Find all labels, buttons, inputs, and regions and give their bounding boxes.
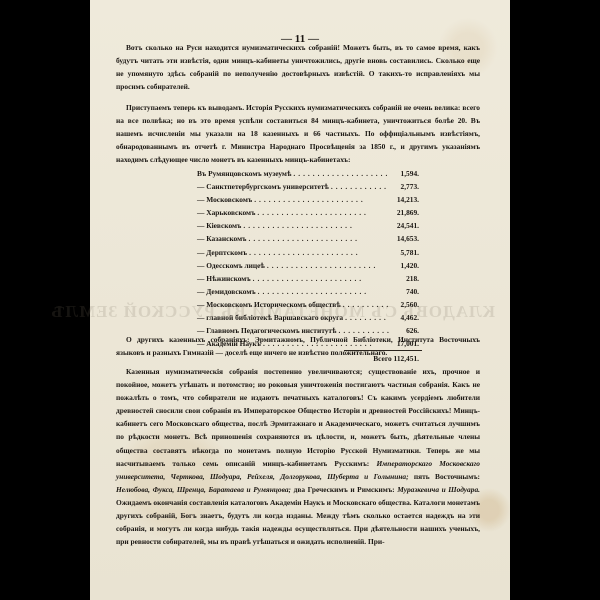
institution-name: — Санктпетербургскомъ университетѣ [197,180,329,193]
institution-name: — Московскомъ [197,193,252,206]
leader-dots: ....................... [241,219,389,232]
paragraph-collections-summary: Вотъ сколько на Руси находится нумизмати… [116,41,480,93]
coin-count: 14,213. [389,193,419,206]
table-row: — Кіевскомъ.......................24,541… [197,219,419,232]
coin-count: 14,653. [389,232,419,245]
text-run: Ожидаемъ окончанія составленія каталогов… [116,498,480,546]
coin-count: 218. [389,272,419,285]
table-row: Въ Румянцовскомъ музеумѣ................… [197,167,419,180]
paragraph-text: Приступаемъ теперь къ выводамъ. Исторія … [116,101,480,166]
table-row: — Санктпетербургскомъ университетѣ......… [197,180,419,193]
paragraph-text: О другихъ казенныхъ собраніяхъ: Эрмитажн… [116,333,480,359]
institution-name: — Харьковскомъ [197,206,255,219]
coin-count-table: Въ Румянцовскомъ музеумѣ................… [197,167,419,350]
table-row: — Московскомъ.......................14,2… [197,193,419,206]
coin-count: 5,781. [389,246,419,259]
coin-count: 2,560. [389,298,419,311]
table-row: — Казанскомъ.......................14,65… [197,232,419,245]
paragraph-text: Вотъ сколько на Руси находится нумизмати… [116,41,480,93]
leader-dots: ....................... [246,232,389,245]
paragraph-catalogues: Казенныя нумизматическія собранія постеп… [116,365,480,548]
paragraph-other-collections: О другихъ казенныхъ собраніяхъ: Эрмитажн… [116,333,480,359]
table-row: — Дерптскомъ.......................5,781… [197,246,419,259]
paragraph-text: Казенныя нумизматическія собранія постеп… [116,365,480,548]
leader-dots: ....................... [251,272,389,285]
text-run: Казенныя нумизматическія собранія постеп… [116,367,480,468]
institution-name: Въ Румянцовскомъ музеумѣ [197,167,291,180]
table-row: — главной библіотекѣ Варшавскаго округа.… [197,311,419,324]
leader-dots: ....................... [329,180,389,193]
institution-name: — Одесскомъ лицеѣ [197,259,265,272]
table-row: — Нѣжинскомъ.......................218. [197,272,419,285]
italic-run: Муразкевича и Шодуара. [397,485,480,494]
coin-count: 740. [389,285,419,298]
leader-dots: ....................... [252,193,389,206]
leader-dots: ....................... [247,246,389,259]
table-row: — Московскомъ Историческомъ обществѣ....… [197,298,419,311]
coin-count: 21,869. [389,206,419,219]
leader-dots: ....................... [291,167,389,180]
text-run: два Греческимъ и Римскимъ: [291,485,397,494]
institution-name: — Кіевскомъ [197,219,241,232]
leader-dots: ....................... [341,298,389,311]
table-row: — Харьковскомъ.......................21,… [197,206,419,219]
coin-count: 1,594. [389,167,419,180]
institution-name: — Дерптскомъ [197,246,247,259]
leader-dots: ....................... [343,311,389,324]
coin-count: 2,773. [389,180,419,193]
coin-count: 4,462. [389,311,419,324]
paragraph-conclusions: Приступаемъ теперь къ выводамъ. Исторія … [116,101,480,166]
document-page: КЛАДОВЪ СЪ МОНЕТАМИ ВЪ РУССКОЙ ЗЕМЛѢ — 1… [90,0,510,600]
institution-name: — Казанскомъ [197,232,246,245]
table-row: — Одесскомъ лицеѣ.......................… [197,259,419,272]
institution-name: — Нѣжинскомъ [197,272,251,285]
text-run: пять Восточнымъ: [409,472,480,481]
italic-run: Нелюбова, Фукса, Шренца, Баратаева и Рум… [116,485,291,494]
leader-dots: ....................... [265,259,389,272]
institution-name: — Демидовскомъ [197,285,256,298]
leader-dots: ....................... [255,206,389,219]
coin-count: 1,420. [389,259,419,272]
institution-name: — главной библіотекѣ Варшавскаго округа [197,311,343,324]
coin-count: 24,541. [389,219,419,232]
table-row: — Демидовскомъ.......................740… [197,285,419,298]
leader-dots: ....................... [256,285,389,298]
institution-name: — Московскомъ Историческомъ обществѣ [197,298,341,311]
